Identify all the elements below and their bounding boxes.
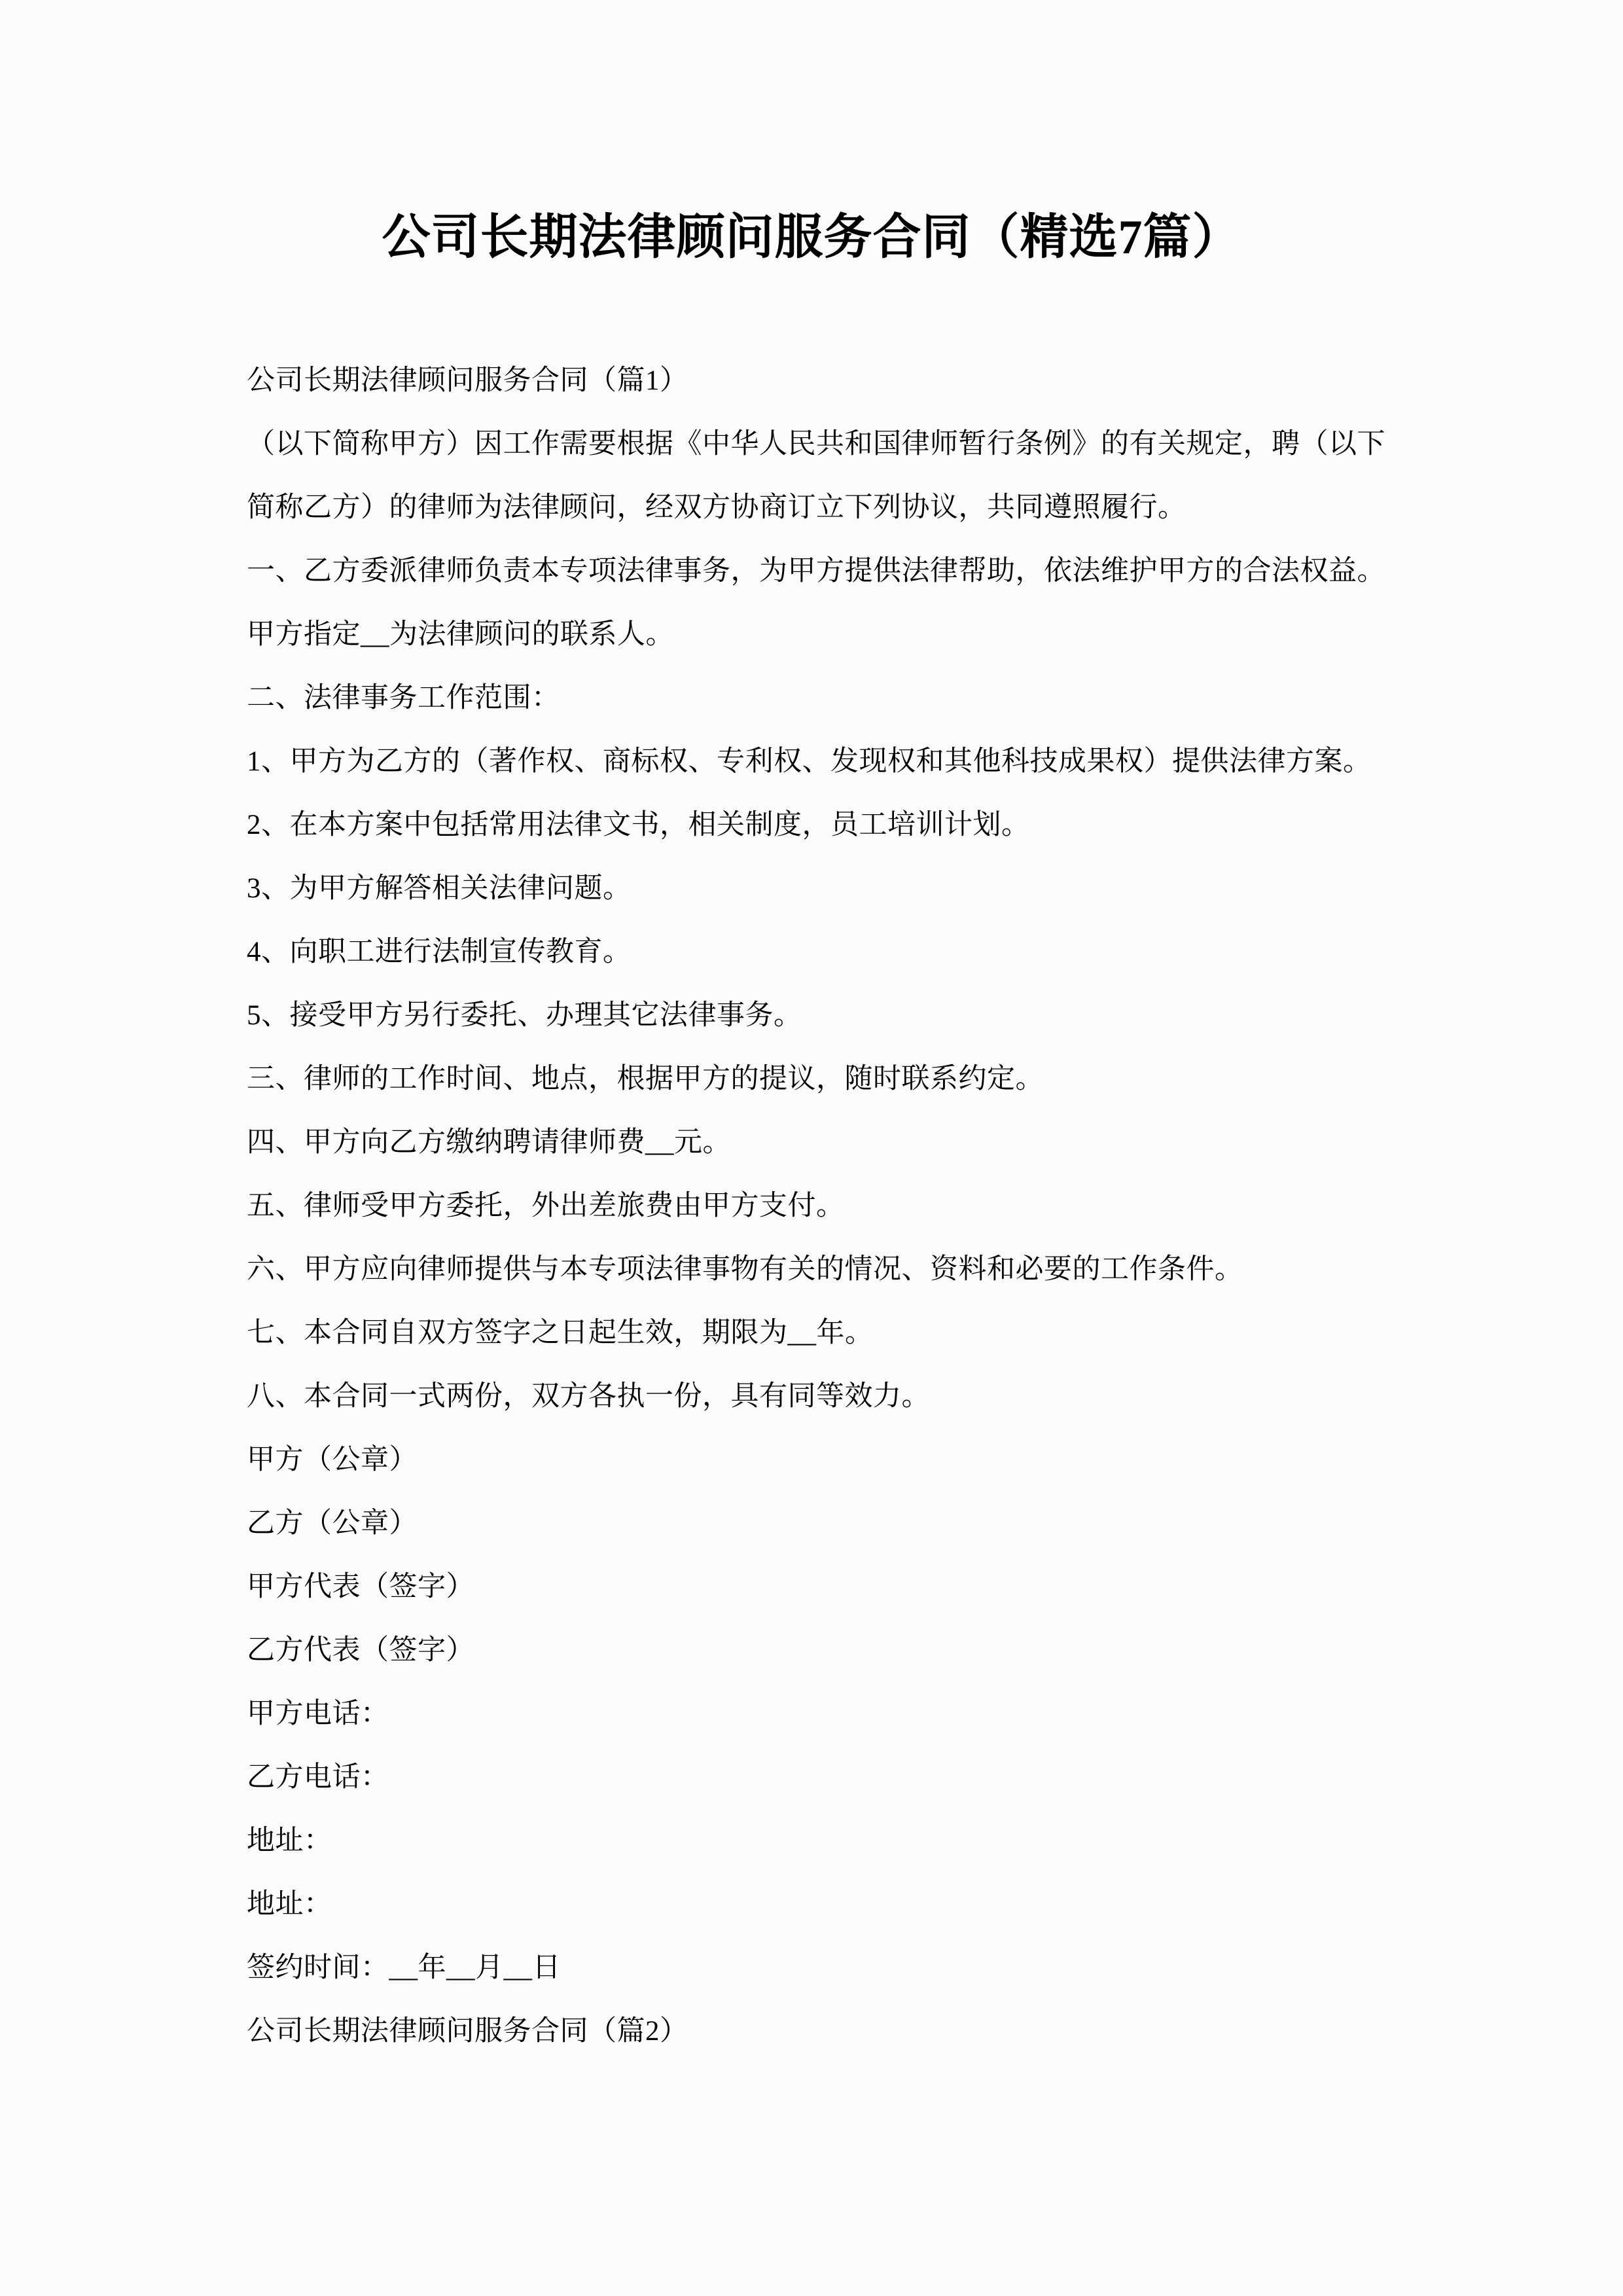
document-line: 地址： [247,1873,1385,1936]
document-line: 一、乙方委派律师负责本专项法律事务，为甲方提供法律帮助，依法维护甲方的合法权益。 [247,539,1385,603]
document-line: 甲方电话： [247,1682,1385,1746]
document-body: 公司长期法律顾问服务合同（篇1） （以下简称甲方）因工作需要根据《中华人民共和国… [247,349,1385,2063]
document-line: 1、甲方为乙方的（著作权、商标权、专利权、发现权和其他科技成果权）提供法律方案。 [247,730,1385,793]
document-page: 公司长期法律顾问服务合同（精选7篇） 公司长期法律顾问服务合同（篇1） （以下简… [0,0,1623,2296]
document-line: 二、法律事务工作范围： [247,666,1385,730]
document-line: （以下简称甲方）因工作需要根据《中华人民共和国律师暂行条例》的有关规定，聘（以下 [247,412,1385,476]
document-line: 五、律师受甲方委托，外出差旅费由甲方支付。 [247,1174,1385,1238]
document-line: 六、甲方应向律师提供与本专项法律事物有关的情况、资料和必要的工作条件。 [247,1238,1385,1301]
document-line: 3、为甲方解答相关法律问题。 [247,857,1385,920]
document-line: 5、接受甲方另行委托、办理其它法律事务。 [247,984,1385,1047]
document-title: 公司长期法律顾问服务合同（精选7篇） [0,213,1623,262]
document-line: 简称乙方）的律师为法律顾问，经双方协商订立下列协议，共同遵照履行。 [247,476,1385,539]
document-line: 七、本合同自双方签字之日起生效，期限为__年。 [247,1301,1385,1365]
document-line: 公司长期法律顾问服务合同（篇2） [247,2000,1385,2063]
document-line: 甲方指定__为法律顾问的联系人。 [247,603,1385,666]
document-line: 乙方（公章） [247,1492,1385,1555]
document-line: 四、甲方向乙方缴纳聘请律师费__元。 [247,1111,1385,1174]
document-line: 签约时间：__年__月__日 [247,1936,1385,2000]
document-line: 2、在本方案中包括常用法律文书，相关制度，员工培训计划。 [247,793,1385,857]
document-line: 八、本合同一式两份，双方各执一份，具有同等效力。 [247,1365,1385,1428]
document-line: 乙方代表（签字） [247,1619,1385,1682]
document-line: 甲方代表（签字） [247,1555,1385,1619]
document-line: 乙方电话： [247,1746,1385,1809]
document-line: 4、向职工进行法制宣传教育。 [247,920,1385,984]
document-line: 公司长期法律顾问服务合同（篇1） [247,349,1385,412]
document-line: 甲方（公章） [247,1428,1385,1492]
document-line: 地址： [247,1809,1385,1873]
document-line: 三、律师的工作时间、地点，根据甲方的提议，随时联系约定。 [247,1047,1385,1111]
